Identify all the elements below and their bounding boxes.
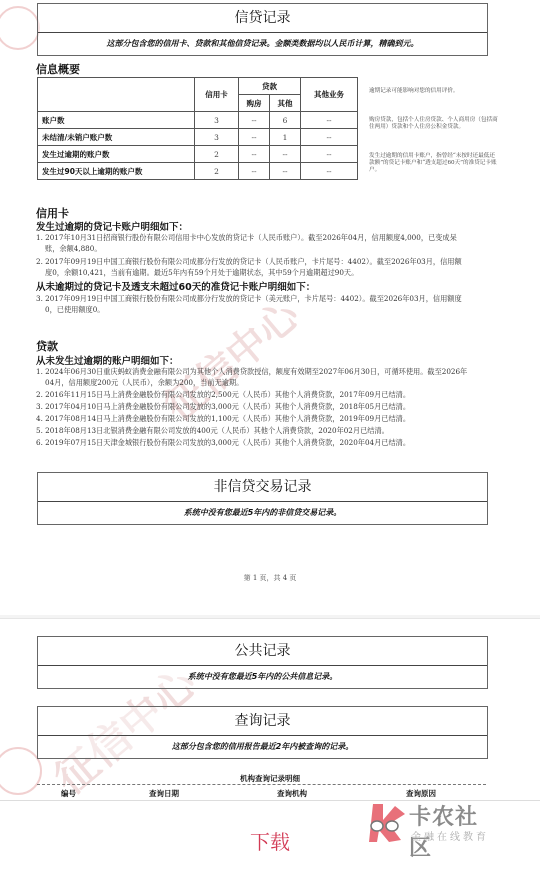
summary-table: 信用卡 贷款 其他业务 购房 其他 账户数 3 -- 6 -- 未结清/未销户账… xyxy=(37,77,358,180)
summary-heading: 信息概要 xyxy=(36,61,80,77)
table-row: 未结清/未销户账户数 3 -- 1 -- xyxy=(38,129,358,146)
non-credit-description: 系统中没有您最近5年内的非信贷交易记录。 xyxy=(38,502,487,524)
col-inquiry-date: 查询日期 xyxy=(149,788,179,799)
list-item: 5. 2018年08月13日北银消费金融有限公司发放的400元（人民币）其他个人… xyxy=(36,425,492,436)
credit-record-title: 信贷记录 xyxy=(38,4,487,33)
col-loan: 贷款 xyxy=(239,78,301,95)
credit-card-overdue-heading: 发生过逾期的贷记卡账户明细如下： xyxy=(36,219,188,233)
report-page-1: 征信中心 信贷记录 这部分包含您的信用卡、贷款和其他信贷记录。金额类数据均以人民… xyxy=(0,0,540,615)
credit-record-description: 这部分包含您的信用卡、贷款和其他信贷记录。金额类数据均以人民币计算，精确到元。 xyxy=(38,33,487,55)
loan-heading: 贷款 xyxy=(36,338,58,354)
list-item: 6. 2019年07月15日天津金城银行股份有限公司发放的3,000元（人民币）… xyxy=(36,437,492,448)
col-loan-housing: 购房 xyxy=(239,95,270,112)
seal-watermark-icon xyxy=(0,6,40,50)
credit-card-normal-heading: 从未逾期过的贷记卡及透支未超过60天的准贷记卡账户明细如下： xyxy=(36,279,315,293)
list-item: 1. 2017年10月31日招商银行股份有限公司信用卡中心发放的贷记卡（人民币账… xyxy=(36,232,492,254)
loan-normal-heading: 从未发生过逾期的账户明细如下： xyxy=(36,353,179,367)
download-button[interactable]: 下载 xyxy=(0,826,540,855)
col-loan-other: 其他 xyxy=(270,95,301,112)
summary-note-1: 逾期记录可能影响对您的信用评价。 xyxy=(369,88,499,95)
page-number: 第 1 页，共 4 页 xyxy=(0,573,540,583)
public-record-title: 公共记录 xyxy=(38,637,487,666)
inquiry-record-description: 这部分包含您的信用报告最近2年内被查询的记录。 xyxy=(38,736,487,758)
non-credit-title: 非信贷交易记录 xyxy=(38,473,487,502)
inquiry-record-box: 查询记录 这部分包含您的信用报告最近2年内被查询的记录。 xyxy=(37,706,488,759)
col-inquiry-institution: 查询机构 xyxy=(277,788,307,799)
summary-note-3: 发生过逾期的信用卡账户，指曾经“未按时还最低还款额”的贷记卡账户和“透支超过60… xyxy=(369,153,499,174)
list-item: 2. 2016年11月15日马上消费金融股份有限公司发放的2,500元（人民币）… xyxy=(36,389,492,400)
list-item: 3. 2017年04月10日马上消费金融股份有限公司发放的3,000元（人民币）… xyxy=(36,401,492,412)
col-other-business: 其他业务 xyxy=(301,78,358,112)
table-row: 账户数 3 -- 6 -- xyxy=(38,112,358,129)
non-credit-record-box: 非信贷交易记录 系统中没有您最近5年内的非信贷交易记录。 xyxy=(37,472,488,525)
inquiry-detail-title: 机构查询记录明细 xyxy=(0,773,540,784)
table-row: 发生过逾期的账户数 2 -- -- -- xyxy=(38,146,358,163)
seal-watermark-icon xyxy=(0,747,42,795)
inquiry-record-title: 查询记录 xyxy=(38,707,487,736)
list-item: 3. 2017年09月19日中国工商银行股份有限公司成都分行发放的贷记卡（美元账… xyxy=(36,293,492,315)
list-item: 2. 2017年09月19日中国工商银行股份有限公司成都分行发放的贷记卡（人民币… xyxy=(36,256,492,278)
public-record-description: 系统中没有您最近5年内的公共信息记录。 xyxy=(38,666,487,688)
summary-note-2: 购房贷款，包括个人住房贷款、个人商用房（包括商住两用）贷款和个人住房公积金贷款。 xyxy=(369,117,499,131)
list-item: 4. 2017年08月14日马上消费金融股份有限公司发放的1,100元（人民币）… xyxy=(36,413,492,424)
dashed-divider xyxy=(37,784,486,785)
col-credit-card: 信用卡 xyxy=(195,78,239,112)
col-number: 编号 xyxy=(61,788,76,799)
credit-record-header: 信贷记录 这部分包含您的信用卡、贷款和其他信贷记录。金额类数据均以人民币计算，精… xyxy=(37,3,488,56)
list-item: 1. 2024年06月30日重庆蚂蚁消费金融有限公司为其他个人消费贷款授信，额度… xyxy=(36,366,492,388)
public-record-box: 公共记录 系统中没有您最近5年内的公共信息记录。 xyxy=(37,636,488,689)
table-row: 发生过90天以上逾期的账户数 2 -- -- -- xyxy=(38,163,358,180)
summary-corner-cell xyxy=(38,78,195,112)
